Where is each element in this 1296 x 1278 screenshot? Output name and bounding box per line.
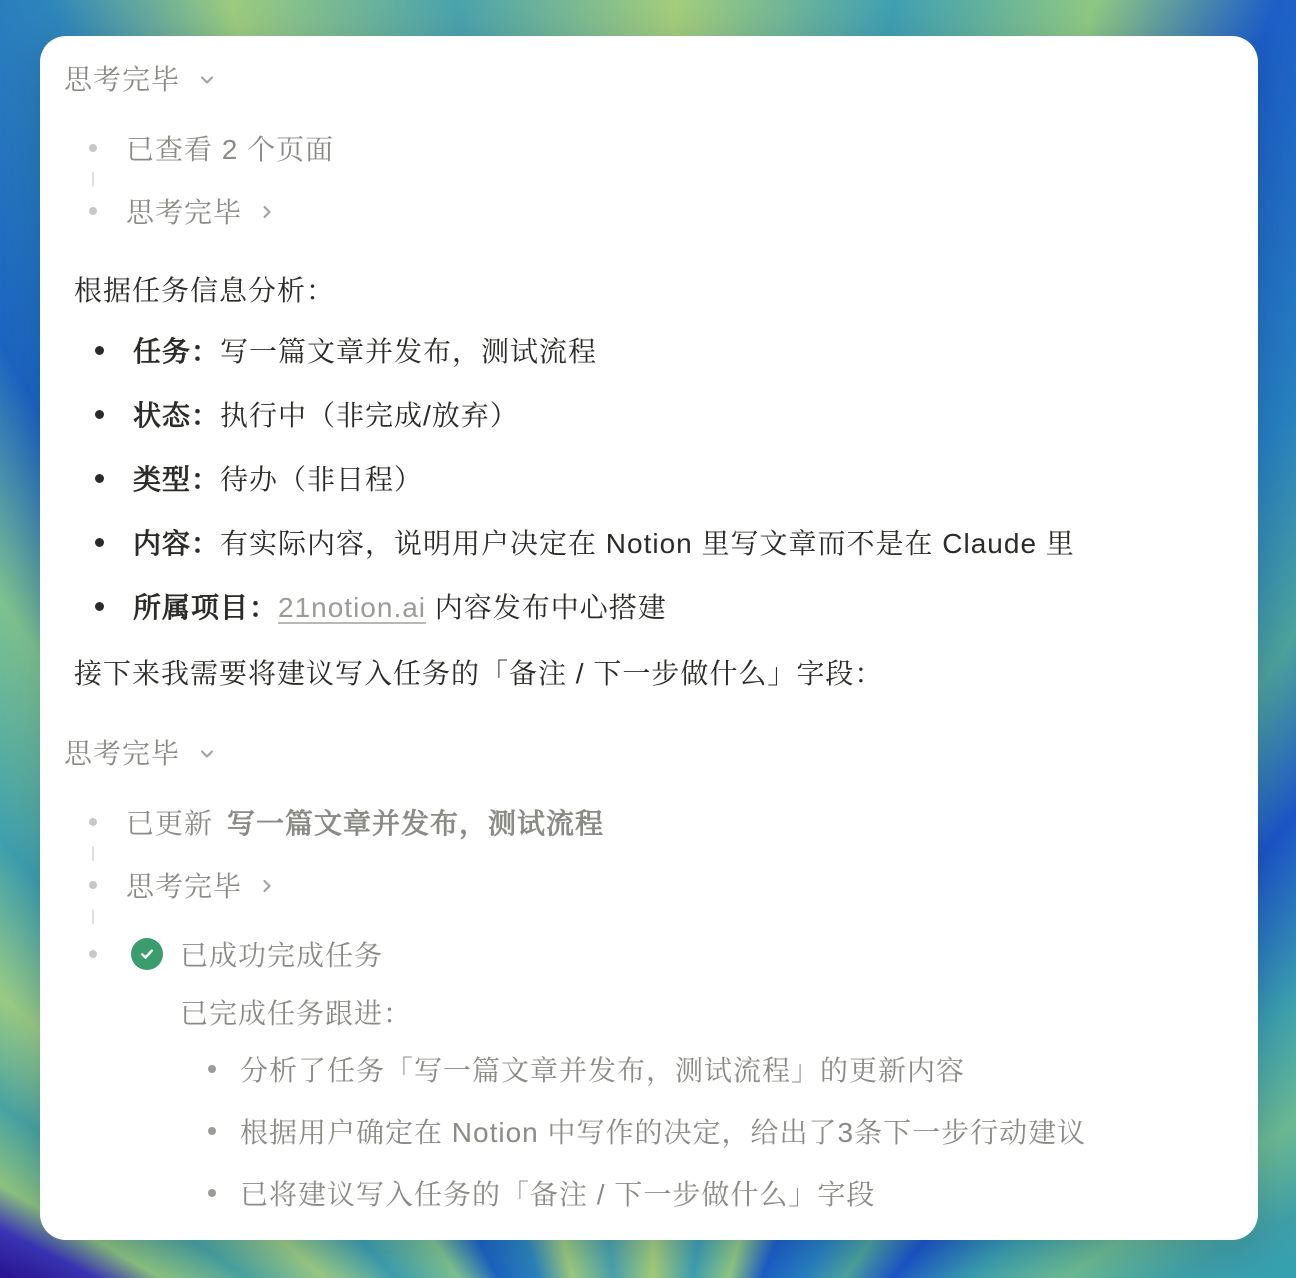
bullet-dot: [95, 346, 104, 355]
list-item-text: 分析了任务「写一篇文章并发布，测试流程」的更新内容: [240, 1049, 965, 1089]
field-label: 任务：: [133, 336, 220, 367]
step-thinking-expand-1[interactable]: 思考完毕: [64, 191, 1230, 231]
bullet-dot: [208, 1127, 216, 1135]
followup-heading: 已完成任务跟进：: [180, 995, 1230, 1033]
field-label: 内容：: [133, 528, 220, 559]
field-value: 写一篇文章并发布，测试流程: [220, 336, 597, 367]
status-text: 已成功完成任务: [180, 934, 383, 974]
check-circle-icon: [131, 938, 163, 970]
chevron-down-icon[interactable]: [196, 69, 218, 91]
followup-list: 分析了任务「写一篇文章并发布，测试流程」的更新内容 根据用户确定在 Notion…: [64, 1049, 1230, 1213]
field-value: 待办（非日程）: [220, 464, 423, 495]
timeline-dot: [89, 207, 97, 215]
next-step-note: 接下来我需要将建议写入任务的「备注 / 下一步做什么」字段：: [64, 655, 1230, 693]
updated-task-title: 写一篇文章并发布，测试流程: [227, 802, 604, 842]
chevron-right-icon[interactable]: [256, 201, 278, 223]
thinking-label: 思考完毕: [64, 58, 180, 98]
thinking-toggle-1[interactable]: 思考完毕: [64, 58, 1230, 98]
timeline-dot: [89, 818, 97, 826]
list-item-text: 所属项目：21notion.ai 内容发布中心搭建: [133, 586, 667, 626]
timeline-connector: [92, 846, 94, 861]
tool-steps-timeline-2: 已更新 写一篇文章并发布，测试流程 思考完毕 已成功完成任务: [64, 802, 1230, 976]
list-item: 根据用户确定在 Notion 中写作的决定，给出了3条下一步行动建议: [64, 1111, 1230, 1151]
bullet-dot: [208, 1065, 216, 1073]
bullet-dot: [95, 602, 104, 611]
timeline-dot: [89, 881, 97, 889]
step-task-success: 已成功完成任务: [64, 932, 1230, 976]
list-item: 状态：执行中（非完成/放弃）: [64, 394, 1230, 434]
list-item-text: 类型：待办（非日程）: [133, 458, 423, 498]
step-updated-task: 已更新 写一篇文章并发布，测试流程: [64, 802, 1230, 842]
list-item-text: 状态：执行中（非完成/放弃）: [133, 394, 519, 434]
list-item: 类型：待办（非日程）: [64, 458, 1230, 498]
assistant-response-card: 思考完毕 已查看 2 个页面 思考完毕 根据任务信息分析：: [40, 36, 1258, 1240]
chevron-right-icon[interactable]: [256, 875, 278, 897]
list-item-text: 根据用户确定在 Notion 中写作的决定，给出了3条下一步行动建议: [240, 1111, 1086, 1151]
step-viewed-pages: 已查看 2 个页面: [64, 128, 1230, 168]
timeline-connector: [92, 909, 94, 924]
list-item: 已将建议写入任务的「备注 / 下一步做什么」字段: [64, 1173, 1230, 1213]
step-label: 已查看 2 个页面: [126, 128, 334, 168]
list-item: 所属项目：21notion.ai 内容发布中心搭建: [64, 586, 1230, 626]
field-label: 类型：: [133, 464, 220, 495]
field-value: 内容发布中心搭建: [426, 592, 667, 623]
field-value: 有实际内容，说明用户决定在 Notion 里写文章而不是在 Claude 里: [220, 528, 1075, 559]
list-item-text: 内容：有实际内容，说明用户决定在 Notion 里写文章而不是在 Claude …: [133, 522, 1075, 562]
field-label: 所属项目：: [133, 592, 278, 623]
step-label: 已更新: [126, 802, 213, 842]
desktop: { "colors": { "success_green": "#3b9c6d"…: [0, 0, 1296, 1278]
thinking-toggle-2[interactable]: 思考完毕: [64, 732, 1230, 772]
bullet-dot: [95, 410, 104, 419]
analysis-intro: 根据任务信息分析：: [64, 272, 1230, 310]
list-item-text: 任务：写一篇文章并发布，测试流程: [133, 330, 597, 370]
timeline-dot: [89, 950, 97, 958]
timeline-connector: [92, 172, 94, 187]
thinking-block-1: 思考完毕 已查看 2 个页面 思考完毕 根据任务信息分析：: [64, 58, 1230, 693]
list-item: 任务：写一篇文章并发布，测试流程: [64, 330, 1230, 370]
bullet-dot: [95, 474, 104, 483]
chevron-down-icon[interactable]: [196, 743, 218, 765]
step-label: 思考完毕: [126, 191, 242, 231]
bullet-dot: [95, 538, 104, 547]
bullet-dot: [208, 1189, 216, 1197]
field-value: 执行中（非完成/放弃）: [220, 400, 519, 431]
list-item: 分析了任务「写一篇文章并发布，测试流程」的更新内容: [64, 1049, 1230, 1089]
step-label: 思考完毕: [126, 865, 242, 905]
list-item: 内容：有实际内容，说明用户决定在 Notion 里写文章而不是在 Claude …: [64, 522, 1230, 562]
field-label: 状态：: [133, 400, 220, 431]
task-analysis-list: 任务：写一篇文章并发布，测试流程 状态：执行中（非完成/放弃） 类型：待办（非日…: [64, 330, 1230, 626]
project-link[interactable]: 21notion.ai: [278, 592, 426, 623]
list-item-text: 已将建议写入任务的「备注 / 下一步做什么」字段: [240, 1173, 875, 1213]
thinking-block-2: 思考完毕 已更新 写一篇文章并发布，测试流程 思考完毕: [64, 732, 1230, 1213]
tool-steps-timeline-1: 已查看 2 个页面 思考完毕: [64, 128, 1230, 231]
step-thinking-expand-2[interactable]: 思考完毕: [64, 865, 1230, 905]
thinking-label: 思考完毕: [64, 732, 180, 772]
timeline-dot: [89, 144, 97, 152]
